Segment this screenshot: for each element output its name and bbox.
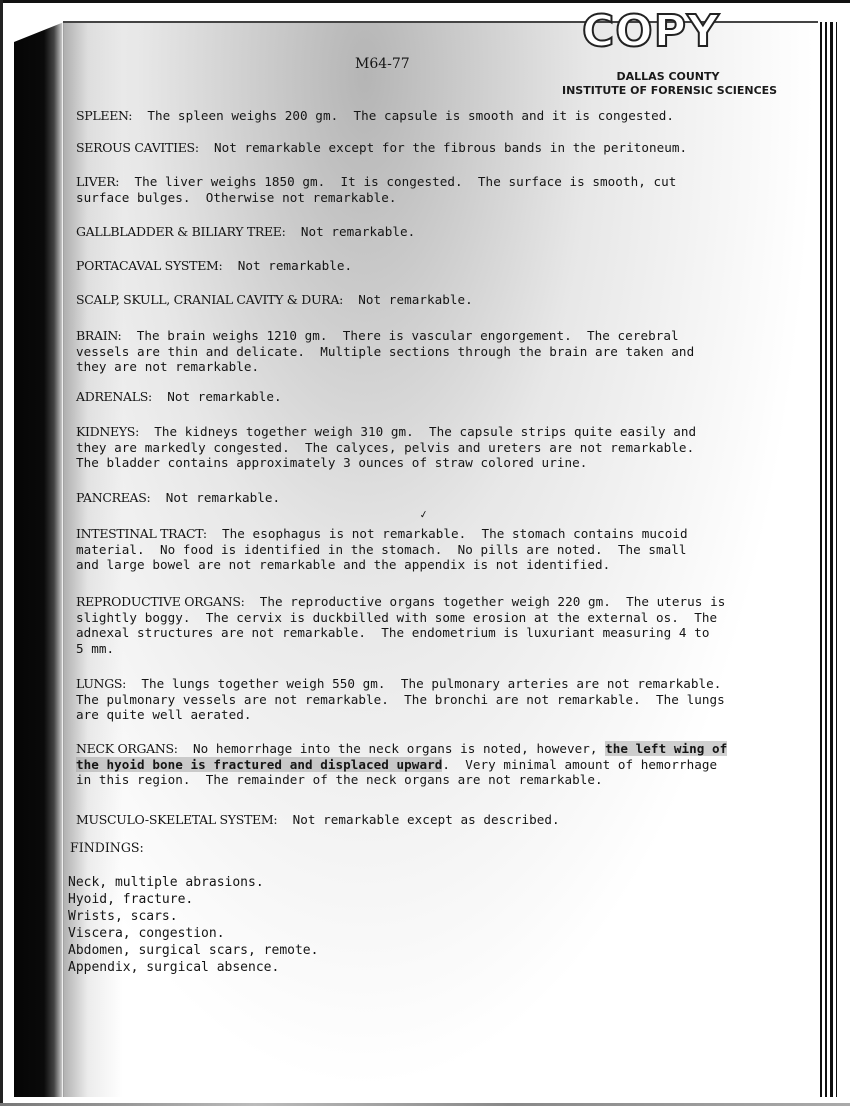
highlighted-text: the hyoid bone is fractured and displace…	[76, 757, 442, 772]
section-text: Not remarkable except as described.	[293, 812, 560, 827]
section-heading: ADRENALS:	[76, 389, 152, 404]
section-text: surface bulges. Otherwise not remarkable…	[76, 190, 397, 205]
section-heading: INTESTINAL TRACT:	[76, 526, 207, 541]
section-text: The liver weighs 1850 gm. It is congeste…	[134, 174, 676, 189]
section-adrenals: ADRENALS: Not remarkable.	[76, 389, 796, 405]
finding-item: Wrists, scars.	[68, 908, 318, 925]
section-kidneys: KIDNEYS: The kidneys together weigh 310 …	[76, 424, 796, 471]
section-heading: PORTACAVAL SYSTEM:	[76, 258, 222, 273]
section-heading: BRAIN:	[76, 328, 121, 343]
section-text: The kidneys together weigh 310 gm. The c…	[154, 424, 696, 439]
finding-item: Hyoid, fracture.	[68, 891, 318, 908]
section-text: Not remarkable.	[358, 292, 472, 307]
section-heading: REPRODUCTIVE ORGANS:	[76, 594, 245, 609]
section-liver: LIVER: The liver weighs 1850 gm. It is c…	[76, 174, 796, 205]
section-text: The brain weighs 1210 gm. There is vascu…	[137, 328, 679, 343]
section-text: in this region. The remainder of the nec…	[76, 772, 603, 787]
finding-item: Viscera, congestion.	[68, 925, 318, 942]
section-text: Not remarkable.	[166, 490, 280, 505]
section-portacaval: PORTACAVAL SYSTEM: Not remarkable.	[76, 258, 796, 274]
finding-item: Neck, multiple abrasions.	[68, 874, 318, 891]
section-text: they are not remarkable.	[76, 359, 259, 374]
section-text: . Very minimal amount of hemorrhage	[442, 757, 717, 772]
section-heading: GALLBLADDER & BILIARY TREE:	[76, 224, 286, 239]
section-heading: KIDNEYS:	[76, 424, 139, 439]
section-brain: BRAIN: The brain weighs 1210 gm. There i…	[76, 328, 796, 375]
section-text: slightly boggy. The cervix is duckbilled…	[76, 610, 717, 625]
section-neck-organs: NECK ORGANS: No hemorrhage into the neck…	[76, 741, 796, 788]
binding-rule	[830, 22, 833, 1097]
section-heading: LIVER:	[76, 174, 119, 189]
section-text: and large bowel are not remarkable and t…	[76, 557, 610, 572]
section-text: The pulmonary vessels are not remarkable…	[76, 692, 725, 707]
section-serous-cavities: SEROUS CAVITIES: Not remarkable except f…	[76, 140, 796, 156]
section-text: The bladder contains approximately 3 oun…	[76, 455, 587, 470]
section-text: they are markedly congested. The calyces…	[76, 440, 694, 455]
section-text: adnexal structures are not remarkable. T…	[76, 625, 709, 640]
section-pancreas: PANCREAS: Not remarkable.	[76, 490, 796, 506]
section-lungs: LUNGS: The lungs together weigh 550 gm. …	[76, 676, 796, 723]
binding-rule	[836, 22, 837, 1097]
scan-border-left	[0, 0, 3, 1105]
section-heading: SCALP, SKULL, CRANIAL CAVITY & DURA:	[76, 292, 343, 307]
section-text: No hemorrhage into the neck organs is no…	[193, 741, 605, 756]
findings-title: FINDINGS:	[70, 840, 144, 855]
institution-line-1: DALLAS COUNTY	[562, 70, 774, 84]
section-text: Not remarkable.	[167, 389, 281, 404]
findings-list: Neck, multiple abrasions. Hyoid, fractur…	[68, 874, 318, 976]
section-text: The esophagus is not remarkable. The sto…	[222, 526, 688, 541]
section-gallbladder: GALLBLADDER & BILIARY TREE: Not remarkab…	[76, 224, 796, 240]
section-heading: NECK ORGANS:	[76, 741, 178, 756]
binding-rule	[825, 22, 827, 1097]
section-text: Not remarkable.	[301, 224, 415, 239]
section-intestinal-tract: INTESTINAL TRACT: The esophagus is not r…	[76, 526, 796, 573]
section-text: Not remarkable except for the fibrous ba…	[214, 140, 687, 155]
section-text: material. No food is identified in the s…	[76, 542, 687, 557]
binding-rule	[820, 22, 822, 1097]
section-musculo-skeletal: MUSCULO-SKELETAL SYSTEM: Not remarkable …	[76, 812, 796, 828]
copy-stamp: COPY	[582, 10, 720, 54]
case-number: M64-77	[355, 56, 410, 72]
section-text: vessels are thin and delicate. Multiple …	[76, 344, 694, 359]
section-heading: PANCREAS:	[76, 490, 150, 505]
finding-item: Appendix, surgical absence.	[68, 959, 318, 976]
section-reproductive-organs: REPRODUCTIVE ORGANS: The reproductive or…	[76, 594, 796, 656]
institution-line-2: INSTITUTE OF FORENSIC SCIENCES	[562, 84, 774, 98]
section-text: The lungs together weigh 550 gm. The pul…	[141, 676, 721, 691]
section-scalp-skull: SCALP, SKULL, CRANIAL CAVITY & DURA: Not…	[76, 292, 796, 308]
scan-border-top	[0, 0, 850, 3]
scan-border-bottom	[0, 1103, 850, 1106]
section-heading: MUSCULO-SKELETAL SYSTEM:	[76, 812, 277, 827]
section-spleen: SPLEEN: The spleen weighs 200 gm. The ca…	[76, 108, 796, 124]
section-text: Not remarkable.	[238, 258, 352, 273]
section-text: The spleen weighs 200 gm. The capsule is…	[147, 108, 674, 123]
finding-item: Abdomen, surgical scars, remote.	[68, 942, 318, 959]
section-heading: SEROUS CAVITIES:	[76, 140, 199, 155]
highlighted-text: the left wing of	[605, 741, 727, 756]
section-text: are quite well aerated.	[76, 707, 252, 722]
section-text: The reproductive organs together weigh 2…	[260, 594, 726, 609]
section-heading: SPLEEN:	[76, 108, 132, 123]
page-edge-left	[62, 22, 63, 1097]
section-text: 5 mm.	[76, 641, 114, 656]
scan-shadow-left	[14, 22, 64, 1097]
institution-header: DALLAS COUNTY INSTITUTE OF FORENSIC SCIE…	[562, 70, 774, 98]
section-heading: LUNGS:	[76, 676, 126, 691]
